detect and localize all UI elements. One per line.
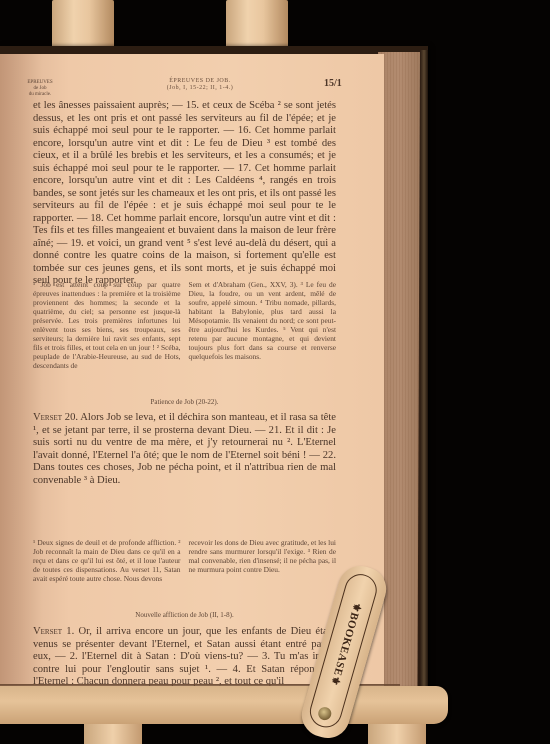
stand-ledge [0, 686, 448, 724]
stand-post-left [52, 0, 114, 52]
verse-text: Alors Job se leva, et il déchira son man… [33, 412, 336, 486]
page-number: 15/1 [324, 78, 342, 89]
stand-leg-right [368, 724, 426, 744]
footnotes-lower-left: ¹ Deux signes de deuil et de profonde af… [33, 538, 181, 583]
stand-leg-left [84, 724, 142, 744]
verse-1-paragraph: Verset 1. Or, il arriva encore un jour, … [33, 626, 336, 689]
marginal-note: EPREUVES de Job du miracle. [26, 80, 54, 98]
verse-20-paragraph: Verset 20. Alors Job se leva, et il déch… [33, 412, 336, 487]
section-title-new-affliction: Nouvelle affliction de Job (II, 1-8). [33, 611, 336, 619]
footnotes-upper-right: Sem et d'Abraham (Gen., XXV, 3). ³ Le fe… [189, 280, 337, 370]
stand-post-right [226, 0, 288, 52]
book-page: EPREUVES de Job du miracle. ÉPREUVES DE … [0, 54, 384, 694]
footnotes-upper: ¹ Job est atteint coup sur coup par quat… [33, 280, 336, 370]
verse-text: Or, il arriva encore un jour, que les en… [33, 626, 336, 687]
verse-label: Verset 1. [33, 626, 74, 637]
running-head: ÉPREUVES DE JOB. (Job, I, 15-22; II, 1-4… [135, 78, 265, 92]
verse-label: Verset 20. [33, 412, 78, 423]
footnotes-lower-right: recevoir les dons de Dieu avec gratitude… [189, 538, 337, 583]
body-paragraph: et les ânesses paissaient auprès; — 15. … [33, 100, 336, 288]
book-spine-edge [420, 50, 428, 690]
section-title-patience: Patience de Job (20-22). [33, 398, 336, 406]
footnotes-upper-left: ¹ Job est atteint coup sur coup par quat… [33, 280, 181, 370]
footnotes-lower: ¹ Deux signes de deuil et de profonde af… [33, 538, 336, 583]
